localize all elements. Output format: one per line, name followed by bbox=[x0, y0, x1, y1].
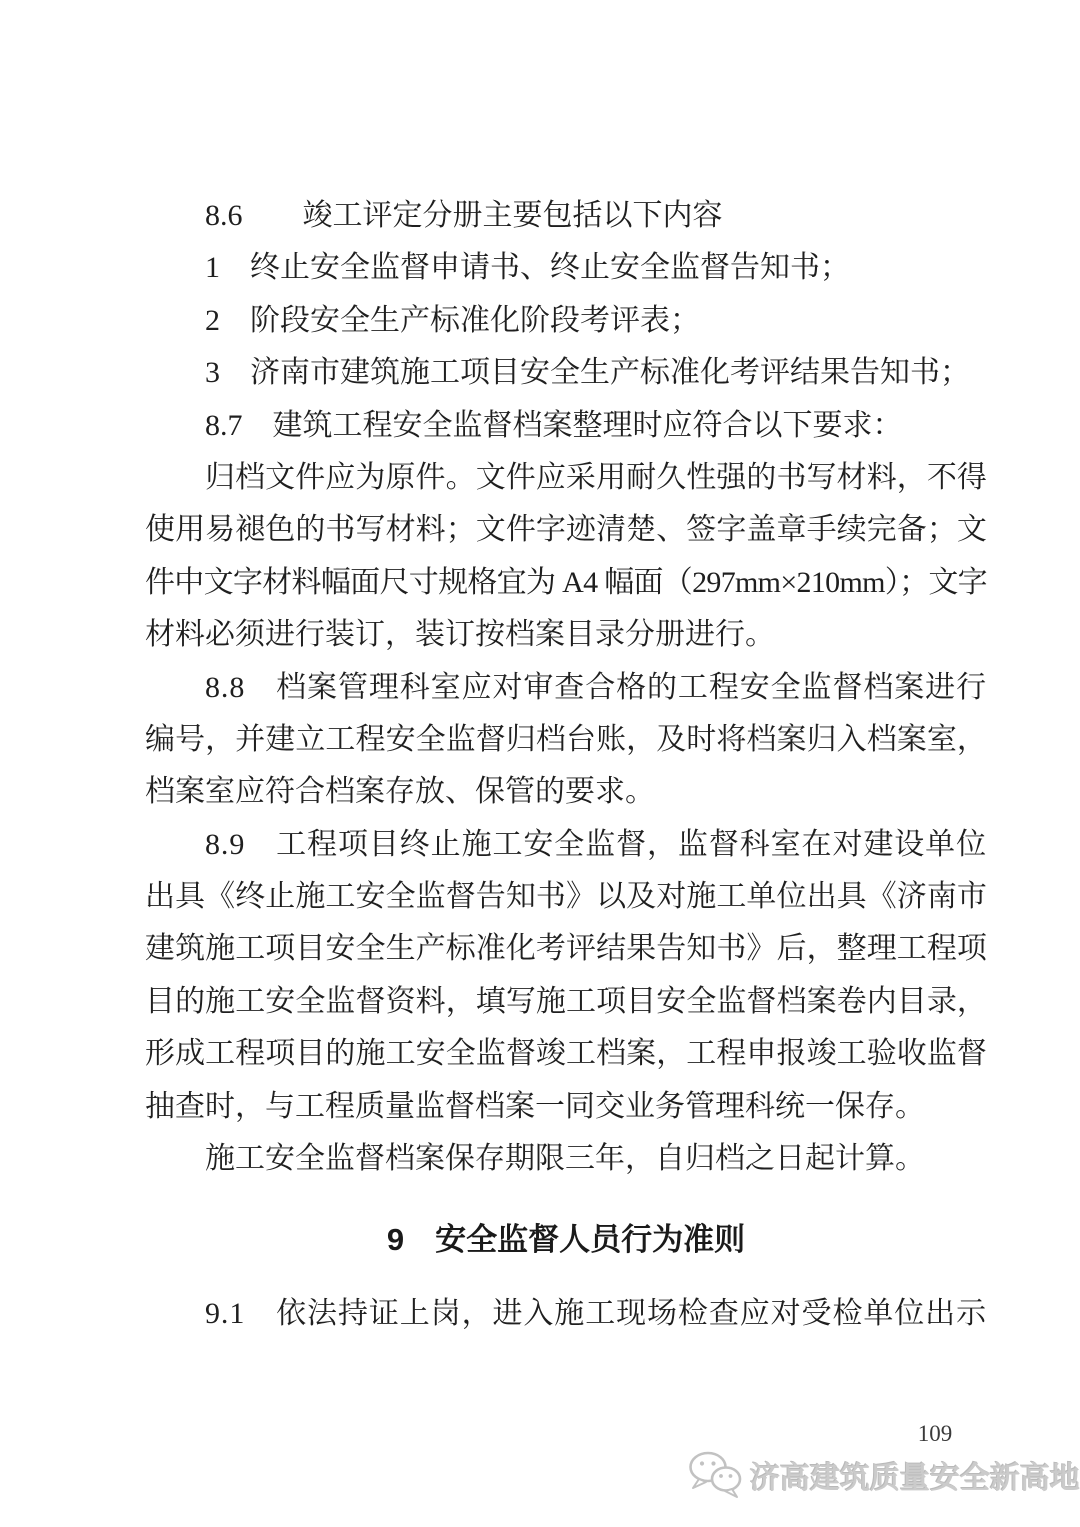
watermark-text: 济高建筑质量安全新高地 bbox=[750, 1453, 1080, 1497]
paragraph-line: 8.7 建筑工程安全监督档案整理时应符合以下要求： bbox=[145, 400, 987, 452]
paragraph-line: 抽查时，与工程质量监督档案一同交业务管理科统一保存。 bbox=[145, 1081, 987, 1133]
page-number: 109 bbox=[870, 1421, 1000, 1447]
watermark: 济高建筑质量安全新高地 bbox=[688, 1450, 1080, 1500]
paragraph-line: 形成工程项目的施工安全监督竣工档案，工程申报竣工验收监督 bbox=[145, 1028, 987, 1080]
section-heading: 9 安全监督人员行为准则 bbox=[145, 1214, 987, 1266]
paragraph-line: 9.1 依法持证上岗，进入施工现场检查应对受检单位出示 bbox=[145, 1288, 987, 1340]
document-body: 8.6 竣工评定分册主要包括以下内容 1 终止安全监督申请书、终止安全监督告知书… bbox=[145, 190, 987, 1341]
paragraph-line: 8.6 竣工评定分册主要包括以下内容 bbox=[145, 190, 987, 242]
paragraph-line: 件中文字材料幅面尺寸规格宜为 A4 幅面（297mm×210mm）；文字 bbox=[145, 557, 987, 609]
paragraph-line: 8.8 档案管理科室应对审查合格的工程安全监督档案进行 bbox=[145, 662, 987, 714]
list-item: 3 济南市建筑施工项目安全生产标准化考评结果告知书； bbox=[145, 347, 987, 399]
paragraph-line: 编号，并建立工程安全监督归档台账，及时将档案归入档案室， bbox=[145, 714, 987, 766]
paragraph-line: 施工安全监督档案保存期限三年，自归档之日起计算。 bbox=[145, 1133, 987, 1185]
paragraph-line: 目的施工安全监督资料，填写施工项目安全监督档案卷内目录， bbox=[145, 976, 987, 1028]
list-item: 2 阶段安全生产标准化阶段考评表； bbox=[145, 295, 987, 347]
paragraph-line: 材料必须进行装订，装订按档案目录分册进行。 bbox=[145, 609, 987, 661]
paragraph-line: 档案室应符合档案存放、保管的要求。 bbox=[145, 766, 987, 818]
wechat-icon bbox=[688, 1450, 744, 1500]
paragraph-line: 出具《终止施工安全监督告知书》以及对施工单位出具《济南市 bbox=[145, 871, 987, 923]
paragraph-line: 建筑施工项目安全生产标准化考评结果告知书》后，整理工程项 bbox=[145, 923, 987, 975]
paragraph-line: 8.9 工程项目终止施工安全监督，监督科室在对建设单位 bbox=[145, 819, 987, 871]
paragraph-line: 使用易褪色的书写材料；文件字迹清楚、签字盖章手续完备；文 bbox=[145, 504, 987, 556]
paragraph-line: 归档文件应为原件。文件应采用耐久性强的书写材料，不得 bbox=[145, 452, 987, 504]
list-item: 1 终止安全监督申请书、终止安全监督告知书； bbox=[145, 242, 987, 294]
